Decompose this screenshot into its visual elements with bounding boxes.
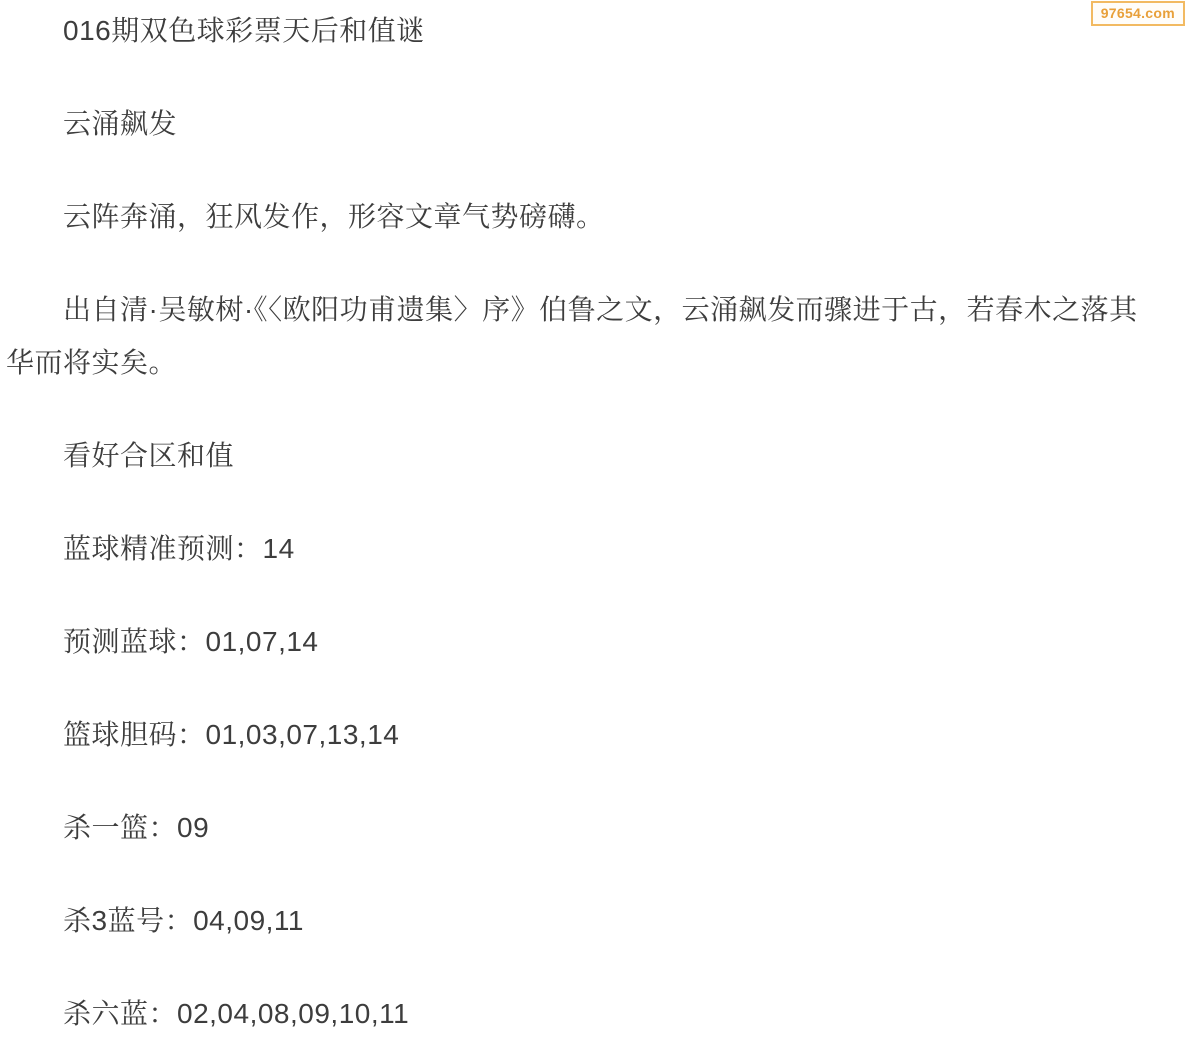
paragraph-blue-predicted: 预测蓝球：01,07,14 [6, 615, 1165, 668]
paragraph-idiom: 云涌飙发 [6, 97, 1165, 150]
paragraph-sum-zone-note: 看好合区和值 [6, 429, 1165, 482]
paragraph-idiom-source: 出自清·吴敏树·《〈欧阳功甫遗集〉序》伯鲁之文，云涌飙发而骤进于古，若春木之落其… [6, 283, 1165, 389]
paragraph-blue-dan-codes: 篮球胆码：01,03,07,13,14 [6, 708, 1165, 761]
article-page: 97654.com 016期双色球彩票天后和值谜 云涌飙发 云阵奔涌，狂风发作，… [0, 0, 1185, 1053]
paragraph-kill-three-blue: 杀3蓝号：04,09,11 [6, 894, 1165, 947]
paragraph-kill-one-blue: 杀一篮：09 [6, 801, 1165, 854]
article-body: 016期双色球彩票天后和值谜 云涌飙发 云阵奔涌，狂风发作，形容文章气势磅礴。 … [0, 0, 1185, 1040]
paragraph-kill-six-blue: 杀六蓝：02,04,08,09,10,11 [6, 987, 1165, 1040]
paragraph-idiom-meaning: 云阵奔涌，狂风发作，形容文章气势磅礴。 [6, 190, 1165, 243]
watermark-badge: 97654.com [1091, 1, 1185, 26]
paragraph-blue-precise: 蓝球精准预测：14 [6, 522, 1165, 575]
article-title: 016期双色球彩票天后和值谜 [6, 4, 1165, 57]
